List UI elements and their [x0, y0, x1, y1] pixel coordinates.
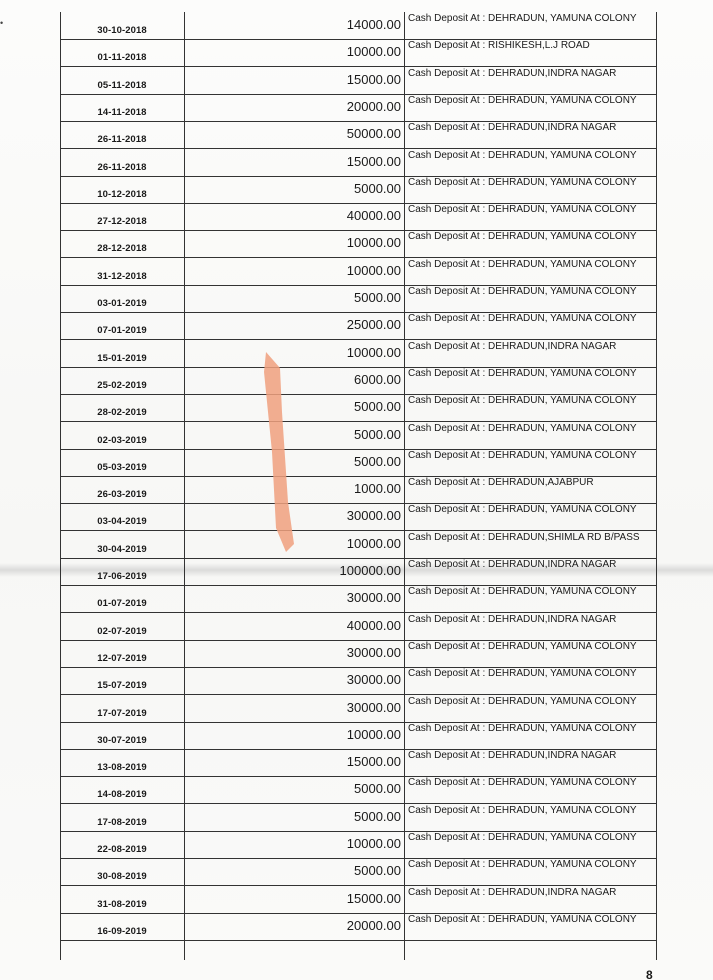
table-row: 30-04-201910000.00Cash Deposit At : DEHR… — [60, 531, 657, 559]
transaction-date: 02-03-2019 — [60, 435, 184, 446]
transaction-amount: 5000.00 — [184, 399, 401, 414]
table-row: 30-08-20195000.00Cash Deposit At : DEHRA… — [60, 858, 657, 886]
transaction-amount: 15000.00 — [184, 891, 401, 906]
table-row: 14-08-20195000.00Cash Deposit At : DEHRA… — [60, 776, 657, 804]
transaction-amount: 100000.00 — [184, 563, 401, 578]
table-row: 05-11-201815000.00Cash Deposit At : DEHR… — [60, 67, 657, 95]
table-row: 12-07-201930000.00Cash Deposit At : DEHR… — [60, 640, 657, 668]
transaction-description: Cash Deposit At : DEHRADUN, YAMUNA COLON… — [408, 395, 653, 406]
transaction-date: 22-08-2019 — [60, 844, 184, 855]
transaction-date: 30-04-2019 — [60, 544, 184, 555]
transaction-description: Cash Deposit At : DEHRADUN, YAMUNA COLON… — [408, 859, 653, 870]
transaction-amount: 14000.00 — [184, 17, 401, 32]
table-row: 01-07-201930000.00Cash Deposit At : DEHR… — [60, 585, 657, 613]
transaction-amount: 40000.00 — [184, 618, 401, 633]
transaction-description: Cash Deposit At : DEHRADUN, YAMUNA COLON… — [408, 696, 653, 707]
transaction-amount: 25000.00 — [184, 317, 401, 332]
table-row: 26-11-201850000.00Cash Deposit At : DEHR… — [60, 121, 657, 149]
transaction-date: 16-09-2019 — [60, 926, 184, 937]
transaction-description: Cash Deposit At : DEHRADUN, YAMUNA COLON… — [408, 504, 653, 515]
transaction-amount: 5000.00 — [184, 781, 401, 796]
transaction-description: Cash Deposit At : DEHRADUN, YAMUNA COLON… — [408, 586, 653, 597]
transaction-date: 25-02-2019 — [60, 380, 184, 391]
transaction-amount: 10000.00 — [184, 345, 401, 360]
table-row: 07-01-201925000.00Cash Deposit At : DEHR… — [60, 312, 657, 340]
transaction-amount: 5000.00 — [184, 863, 401, 878]
transaction-date: 13-08-2019 — [60, 762, 184, 773]
transaction-amount: 20000.00 — [184, 99, 401, 114]
transaction-description: Cash Deposit At : DEHRADUN, YAMUNA COLON… — [408, 450, 653, 461]
table-row: 25-02-20196000.00Cash Deposit At : DEHRA… — [60, 367, 657, 395]
transaction-amount: 10000.00 — [184, 263, 401, 278]
transaction-amount: 30000.00 — [184, 672, 401, 687]
transaction-description: Cash Deposit At : DEHRADUN, YAMUNA COLON… — [408, 777, 653, 788]
table-row: 03-01-20195000.00Cash Deposit At : DEHRA… — [60, 285, 657, 313]
transaction-description: Cash Deposit At : DEHRADUN, YAMUNA COLON… — [408, 805, 653, 816]
transaction-amount: 1000.00 — [184, 481, 401, 496]
transaction-amount: 5000.00 — [184, 181, 401, 196]
transaction-amount: 30000.00 — [184, 700, 401, 715]
table-row: 31-08-201915000.00Cash Deposit At : DEHR… — [60, 886, 657, 914]
transaction-amount: 15000.00 — [184, 72, 401, 87]
transaction-date: 05-03-2019 — [60, 462, 184, 473]
transaction-date: 03-04-2019 — [60, 516, 184, 527]
transaction-date: 31-08-2019 — [60, 899, 184, 910]
transaction-description: Cash Deposit At : DEHRADUN, YAMUNA COLON… — [408, 914, 653, 925]
transaction-date: 17-07-2019 — [60, 708, 184, 719]
table-row: 13-08-201915000.00Cash Deposit At : DEHR… — [60, 749, 657, 777]
transaction-description: Cash Deposit At : DEHRADUN, YAMUNA COLON… — [408, 13, 653, 24]
transaction-date: 30-07-2019 — [60, 735, 184, 746]
table-row: 02-03-20195000.00Cash Deposit At : DEHRA… — [60, 422, 657, 450]
transaction-date: 15-01-2019 — [60, 353, 184, 364]
transaction-date: 26-11-2018 — [60, 162, 184, 173]
transaction-date: 10-12-2018 — [60, 189, 184, 200]
table-row: 10-12-20185000.00Cash Deposit At : DEHRA… — [60, 176, 657, 204]
transaction-date: 15-07-2019 — [60, 680, 184, 691]
table-row: 27-12-201840000.00Cash Deposit At : DEHR… — [60, 203, 657, 231]
transaction-amount: 10000.00 — [184, 836, 401, 851]
transaction-date: 07-01-2019 — [60, 325, 184, 336]
transaction-description: Cash Deposit At : DEHRADUN, YAMUNA COLON… — [408, 204, 653, 215]
transaction-date: 03-01-2019 — [60, 298, 184, 309]
transaction-description: Cash Deposit At : DEHRADUN, YAMUNA COLON… — [408, 368, 653, 379]
table-row: 26-11-201815000.00Cash Deposit At : DEHR… — [60, 149, 657, 177]
table-row: 26-03-20191000.00Cash Deposit At : DEHRA… — [60, 476, 657, 504]
transaction-amount: 10000.00 — [184, 44, 401, 59]
transaction-description: Cash Deposit At : DEHRADUN,AJABPUR — [408, 477, 653, 488]
transaction-description: Cash Deposit At : DEHRADUN, YAMUNA COLON… — [408, 832, 653, 843]
transaction-amount: 15000.00 — [184, 154, 401, 169]
transaction-date: 26-11-2018 — [60, 134, 184, 145]
table-row: 15-01-201910000.00Cash Deposit At : DEHR… — [60, 340, 657, 368]
transaction-description: Cash Deposit At : DEHRADUN, YAMUNA COLON… — [408, 231, 653, 242]
transaction-description: Cash Deposit At : DEHRADUN, YAMUNA COLON… — [408, 286, 653, 297]
transaction-date: 17-06-2019 — [60, 571, 184, 582]
table-row: 01-11-201810000.00Cash Deposit At : RISH… — [60, 39, 657, 67]
transaction-amount: 30000.00 — [184, 508, 401, 523]
table-row: 31-12-201810000.00Cash Deposit At : DEHR… — [60, 258, 657, 286]
page-number: 8 — [646, 968, 653, 980]
transaction-description: Cash Deposit At : DEHRADUN, YAMUNA COLON… — [408, 150, 653, 161]
transaction-date: 02-07-2019 — [60, 626, 184, 637]
transaction-description: Cash Deposit At : DEHRADUN, YAMUNA COLON… — [408, 95, 653, 106]
transaction-amount: 50000.00 — [184, 126, 401, 141]
transaction-amount: 30000.00 — [184, 590, 401, 605]
transaction-amount: 15000.00 — [184, 754, 401, 769]
transaction-description: Cash Deposit At : DEHRADUN,INDRA NAGAR — [408, 887, 653, 898]
transaction-description: Cash Deposit At : DEHRADUN, YAMUNA COLON… — [408, 668, 653, 679]
transaction-date: 14-08-2019 — [60, 789, 184, 800]
table-row: 17-06-2019100000.00Cash Deposit At : DEH… — [60, 558, 657, 586]
table-row: 30-10-201814000.00Cash Deposit At : DEHR… — [60, 12, 657, 40]
transaction-description: Cash Deposit At : RISHIKESH,L.J ROAD — [408, 40, 653, 51]
transaction-date: 01-11-2018 — [60, 52, 184, 63]
table-row: 28-02-20195000.00Cash Deposit At : DEHRA… — [60, 394, 657, 422]
transaction-description: Cash Deposit At : DEHRADUN,INDRA NAGAR — [408, 68, 653, 79]
transaction-date: 12-07-2019 — [60, 653, 184, 664]
table-row: 14-11-201820000.00Cash Deposit At : DEHR… — [60, 94, 657, 122]
transaction-amount: 40000.00 — [184, 208, 401, 223]
table-row: 28-12-201810000.00Cash Deposit At : DEHR… — [60, 230, 657, 258]
transaction-date: 14-11-2018 — [60, 107, 184, 118]
transaction-date: 17-08-2019 — [60, 817, 184, 828]
transaction-date: 05-11-2018 — [60, 80, 184, 91]
transaction-date: 30-10-2018 — [60, 25, 184, 36]
transaction-description: Cash Deposit At : DEHRADUN,INDRA NAGAR — [408, 559, 653, 570]
transaction-description: Cash Deposit At : DEHRADUN,INDRA NAGAR — [408, 341, 653, 352]
transaction-date: 31-12-2018 — [60, 271, 184, 282]
transaction-amount: 5000.00 — [184, 427, 401, 442]
table-row: 17-08-20195000.00Cash Deposit At : DEHRA… — [60, 804, 657, 832]
table-row: 16-09-201920000.00Cash Deposit At : DEHR… — [60, 913, 657, 941]
table-row: 02-07-201940000.00Cash Deposit At : DEHR… — [60, 613, 657, 641]
transaction-date: 28-02-2019 — [60, 407, 184, 418]
transaction-date: 01-07-2019 — [60, 598, 184, 609]
transaction-amount: 5000.00 — [184, 454, 401, 469]
transaction-description: Cash Deposit At : DEHRADUN, YAMUNA COLON… — [408, 177, 653, 188]
transaction-description: Cash Deposit At : DEHRADUN,INDRA NAGAR — [408, 122, 653, 133]
transaction-description: Cash Deposit At : DEHRADUN,SHIMLA RD B/P… — [408, 532, 653, 543]
table-row: 03-04-201930000.00Cash Deposit At : DEHR… — [60, 503, 657, 531]
table-row: 15-07-201930000.00Cash Deposit At : DEHR… — [60, 667, 657, 695]
statement-page: • 30-10-201814000.00Cash Deposit At : DE… — [0, 0, 713, 980]
table-row: 22-08-201910000.00Cash Deposit At : DEHR… — [60, 831, 657, 859]
transaction-description: Cash Deposit At : DEHRADUN, YAMUNA COLON… — [408, 313, 653, 324]
transaction-description: Cash Deposit At : DEHRADUN,INDRA NAGAR — [408, 750, 653, 761]
transaction-amount: 30000.00 — [184, 645, 401, 660]
transaction-amount: 5000.00 — [184, 290, 401, 305]
table-row: 30-07-201910000.00Cash Deposit At : DEHR… — [60, 722, 657, 750]
transaction-amount: 10000.00 — [184, 235, 401, 250]
scan-mark: • — [0, 18, 3, 28]
transaction-description: Cash Deposit At : DEHRADUN,INDRA NAGAR — [408, 614, 653, 625]
table-row: 05-03-20195000.00Cash Deposit At : DEHRA… — [60, 449, 657, 477]
transaction-description: Cash Deposit At : DEHRADUN, YAMUNA COLON… — [408, 641, 653, 652]
transaction-date: 30-08-2019 — [60, 871, 184, 882]
transaction-date: 27-12-2018 — [60, 216, 184, 227]
transactions-table: 30-10-201814000.00Cash Deposit At : DEHR… — [60, 12, 657, 960]
transaction-description: Cash Deposit At : DEHRADUN, YAMUNA COLON… — [408, 423, 653, 434]
table-row: 17-07-201930000.00Cash Deposit At : DEHR… — [60, 695, 657, 723]
transaction-amount: 5000.00 — [184, 809, 401, 824]
transaction-description: Cash Deposit At : DEHRADUN, YAMUNA COLON… — [408, 723, 653, 734]
transaction-date: 28-12-2018 — [60, 243, 184, 254]
transaction-amount: 10000.00 — [184, 727, 401, 742]
transaction-amount: 6000.00 — [184, 372, 401, 387]
transaction-description: Cash Deposit At : DEHRADUN, YAMUNA COLON… — [408, 259, 653, 270]
transaction-date: 26-03-2019 — [60, 489, 184, 500]
transaction-amount: 20000.00 — [184, 918, 401, 933]
